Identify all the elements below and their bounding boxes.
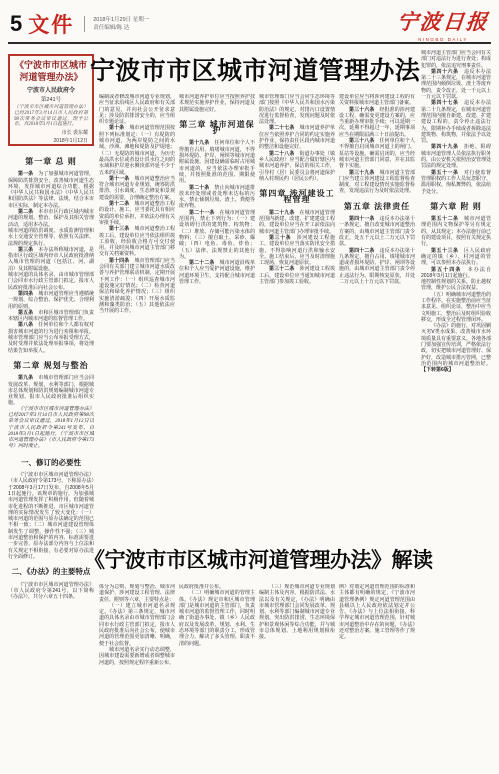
paragraph: 城市河道主管部门应当会同有关部门对违法行为进行查处；构成犯罪的，依法追究刑事责任… <box>421 50 491 69</box>
paragraph: 城市河道养护单位应当按照养护技术规范实施养护作业，保持河道及其附属设施完好。 <box>179 94 255 113</box>
header-meta: 2018年1月29日 星期一 责任编辑/陈 达 <box>84 16 149 32</box>
newspaper-page: 5 文件 2018年1月29日 星期一 责任编辑/陈 达 宁波日报 NINGBO… <box>0 0 499 774</box>
paragraph: 地控制性规划的关系，防止越权管理，维护公民合法权益。 <box>421 279 491 292</box>
paragraph: 第四十二条 违反本办法第十九条规定，擅自占用、填堵城市河道或者损坏堤防、护岸、闸… <box>339 248 415 286</box>
paragraph: （二）明确城市河道的管理主体。《办法》规定市和区城市管理部门是城市河道的主管部门… <box>179 590 255 647</box>
chapter-heading: 第三章 城市河道保护 <box>179 122 255 135</box>
paragraph: 第二十九条 在城市河道管理范围内新建、改建、扩建建设工程的，建设单位应当在开工前… <box>259 210 335 235</box>
paragraph: 第十二条 城市河道整治工程的设计、施工，应当委托具有相应资质的单位承担，并依法办… <box>99 201 175 226</box>
section-heading: 二、《办法》的主要特点 <box>8 569 94 575</box>
chapter-heading: 第六章 附 则 <box>421 204 491 210</box>
paragraph: （一）建立城市河道名录规定。《办法》第三条规定，城市河道的具体名录由市城市管理部… <box>99 603 175 647</box>
paragraph: 城市河道名录实行动态调整，因城市建设需要新增或者调整城市河道的，按照规定程序重新… <box>99 647 175 666</box>
section-heading: 一、修订的必要性 <box>8 460 94 466</box>
paragraph: 第四十七条 违反本办法第二十九条规定，在城市河道管理范围内擅自新建、改建、扩建建… <box>421 100 491 144</box>
paragraph: 《宁波市市区城市河道管理办法》（市人民政府令第241号，以下简称《办法》），共分… <box>8 582 94 601</box>
paragraph: 例》对划定河道管理范围的标准和主体都有明确的规定，《宁波市河道管理条例》规定河道… <box>339 584 415 641</box>
chapter-heading: 第一章 总 则 <box>8 159 94 165</box>
masthead-logo: 宁波日报 <box>395 6 490 36</box>
paragraph: 第五十二条 城市河道管理范围内文物保护等另有规定的，从其规定；本办法施行前已有的… <box>421 216 491 247</box>
paragraph: 第三十条 涉河建设工程施工，建设单位应当落实防汛安全措施，不得影响河道行洪和输水… <box>259 235 335 266</box>
column-5-top: 建设单位应当将涉河建设工程的有关资料报城市河道主管部门备案。第三十六条 经批准的… <box>339 94 415 544</box>
paragraph: 城市河道的具体名录，由市城市管理部门会同市水行政主管部门拟定，报市人民政府批准后… <box>8 272 94 291</box>
decree-note: 《宁波市市区城市河道管理办法》已经2017年3月14日市人民政府第98次常务会议… <box>14 105 88 128</box>
paragraph: 第四十九条 拒绝、阻碍城市河道管理人员依法执行职务的，由公安机关依照治安管理处罚… <box>421 144 491 169</box>
paragraph: 第四十六条 违反本办法第二十三条规定，在城市河道管理范围内倾倒垃圾、渣土等废弃物… <box>421 69 491 100</box>
header-rule <box>8 42 491 44</box>
decree-number: 第241号 <box>14 95 88 103</box>
paragraph: 第十九条 任何单位和个人不得擅自占用、填堵城市河道，不得损坏堤防、护岸、闸坝等城… <box>179 140 255 184</box>
column-2-top: 编制或者修改城市河道专业规划，应当征求沿线区人民政府和有关部门的意见，并向社会公… <box>99 94 175 544</box>
masthead: 宁波日报 NINGBO DAILY <box>397 6 489 42</box>
decree-issuer: 宁波市人民政府令 <box>14 85 88 94</box>
paragraph: 第二十条 禁止向城市河道排放未经处理或者处理未达标的污水，禁止倾倒垃圾、渣土、粪… <box>179 185 255 210</box>
paragraph: 第十条 城市河道管理范围按照下列标准划定：（一）有堤防的城市河道，为两岸堤防之间… <box>99 125 175 175</box>
paragraph: 第三十八条 任何单位和个人不得擅自启闭城市河道上的闸门、泵站等设施。确需启闭的，… <box>339 138 415 169</box>
editor-line: 责任编辑/陈 达 <box>93 24 149 32</box>
decree-sign-date: 2018年1月12日 <box>14 137 88 144</box>
paragraph: 第十四条 城市管理部门应当会同有关部门建立城市河道水质改善与养护管理联动机制，定… <box>99 258 175 315</box>
paragraph: 第一条 为了加强城市河道管理，保障防洪排涝安全，改善城市河道生态环境，发挥城市河… <box>8 171 94 209</box>
chapter-heading: 第二章 规划与整治 <box>8 363 94 369</box>
decree-box: 《宁波市市区城市 河道管理办法》 宁波市人民政府令 第241号 《宁波市市区城市… <box>8 54 94 146</box>
decree-signer: 市长 裘东耀 <box>14 129 88 136</box>
paragraph: 体分为总则、规划与整治、城市河道保护、涉河建设工程管理、法律责任、附则等六章，主… <box>99 584 175 603</box>
paragraph: 第三十九条 城市河道主管部门应当建立涉河建设工程监督检查制度，对工程建设情况实施… <box>339 170 415 195</box>
paragraph: 第十三条 城市河道整治工程竣工后，建设单位应当依法组织竣工验收，经验收合格方可交… <box>99 226 175 257</box>
column-2-bottom: 体分为总则、规划与整治、城市河道保护、涉河建设工程管理、法律责任、附则等六章，主… <box>99 584 175 772</box>
paragraph: （五）明确城市河道整治的工作程序。在实施整治前应当征求意见、组织论证，整治中应当… <box>421 292 491 323</box>
page-number: 5 <box>10 11 22 37</box>
paragraph: 编制或者修改城市河道专业规划，应当征求沿线区人民政府和有关部门的意见，并向社会公… <box>99 94 175 125</box>
paragraph: 城市河道的防洪调度、水质监测管理和水上交通安全管理等，依照有关法律、法规的规定执… <box>8 228 94 247</box>
paragraph: 第八条 任何单位和个人都有权对损害城市河道的行为进行劝阻和举报。城市管理部门应当… <box>8 322 94 353</box>
paragraph: 第九条 市城市管理部门应当会同发展改革、规划、水利等部门，根据城市总体规划和防洪… <box>8 375 94 406</box>
section-label: 文件 <box>28 9 74 39</box>
paragraph: 第四条 城市河道管理应当遵循统一规划、综合整治、保护优先、合理利用的原则。 <box>8 291 94 310</box>
paragraph: 第二条 本市市区行政区域内城市河道的规划、整治、保护及其相关管理活动，适用本办法… <box>8 209 94 228</box>
paragraph: （三）规范城市河道专业规划编制主体及内容。根据防洪法、水法以及有关规定，《办法》… <box>259 584 335 641</box>
column-5-bottom: 例》对划定河道管理范围的标准和主体都有明确的规定，《宁波市河道管理条例》规定河道… <box>339 584 415 772</box>
chapter-heading: 第四章 涉河建设工程管理 <box>259 191 335 204</box>
column-6: 城市河道主管部门应当会同有关部门对违法行为进行查处；构成犯罪的，依法追究刑事责任… <box>421 50 491 772</box>
paragraph: 第五十三条 区人民政府确定的镇（乡）、村河道的管理，可以参照本办法执行。 <box>421 248 491 267</box>
paragraph: 第三十六条 经批准的涉河建设工程，确需变更建设方案的，应当重新办理审批手续；可以… <box>339 107 415 138</box>
paragraph: 第二十二条 城市河道沿线单位和个人应当爱护河道设施，维护河道环境卫生，支持配合城… <box>179 260 255 285</box>
chapter-heading: 第五章 法律责任 <box>339 204 415 210</box>
main-headline: 宁波市市区城市河道管理办法 <box>90 51 422 87</box>
column-4-bottom: （三）规范城市河道专业规划编制主体及内容。根据防洪法、水法以及有关规定，《办法》… <box>259 584 335 772</box>
paragraph: 第二十七条 城市河道养护单位应当依照养护合同的约定实施养护作业，保持责任区段内城… <box>259 125 335 150</box>
paragraph: 第三条 本办法所称城市河道，是指市区行政区域内经市人民政府批准纳入城市管理的河道… <box>8 247 94 272</box>
paragraph: 城市管理部门应当会同生态环境等部门按照《中华人民共和国水污染防治法》的规定，对排… <box>259 94 335 125</box>
paragraph: 《宁波市市区城市河道管理办法》已经2017年3月14日市人民政府第98次常务会议… <box>8 407 94 451</box>
paragraph: 第三十二条 涉河建设工程竣工后，建设单位应当通知城市河道主管部门参加竣工验收。 <box>259 266 335 285</box>
date-line: 2018年1月29日 星期一 <box>93 16 149 24</box>
column-4-top: 城市管理部门应当会同生态环境等部门按照《中华人民共和国水污染防治法》的规定，对排… <box>259 94 335 544</box>
column-3-top: 城市河道养护单位应当按照养护技术规范实施养护作业，保持河道及其附属设施完好。第三… <box>179 94 255 544</box>
interpretation-headline: 《宁波市市区城市河道管理办法》解读 <box>84 544 434 574</box>
paragraph: 第二十八条 街道办事处（镇乡人民政府）应当配合做好辖区内城市河道养护、保洁的相关… <box>259 151 335 182</box>
column-3-bottom: 民政府批准并公布。（二）明确城市河道的管理主体。《办法》规定市和区城市管理部门是… <box>179 584 255 772</box>
paragraph: 第五十四条 本办法自2018年3月1日起施行。 <box>421 267 491 280</box>
paragraph: 第十一条 城市河道整治应当符合城市河道专业规划，统筹防洪排涝、引水调度、生态修复… <box>99 176 175 201</box>
column-1: 第一章 总 则第一条 为了加强城市河道管理，保障防洪排涝安全，改善城市河道生态环… <box>8 150 94 774</box>
paragraph: 建设单位应当将涉河建设工程的有关资料报城市河道主管部门备案。 <box>339 94 415 107</box>
decree-title: 《宁波市市区城市 河道管理办法》 <box>14 60 88 83</box>
paragraph: 《办法》的施行，对巩固剿灭劣Ⅴ类水成果、改善城市水环境质量具有重要意义。各地各部… <box>421 323 491 373</box>
paragraph: 第四十一条 违反本办法第十一条规定，擅自改变城市河道整治方案的，由城市河道主管部… <box>339 216 415 247</box>
paragraph: 第五条 市和区城市管理部门负责本辖区内城市河道的监督管理工作。 <box>8 310 94 323</box>
paragraph: 《宁波市市区城市河道管理办法》（市人民政府令第173号，下称原办法）于2008年… <box>8 472 94 560</box>
paragraph: 第五十一条 对行使监督管理职权的工作人员玩忽职守、滥用职权、徇私舞弊的，依法给予… <box>421 170 491 195</box>
paragraph: 第二十一条 在城市河道管理范围内，禁止下列行为：（一）建设妨碍行洪的建筑物、构筑… <box>179 210 255 260</box>
